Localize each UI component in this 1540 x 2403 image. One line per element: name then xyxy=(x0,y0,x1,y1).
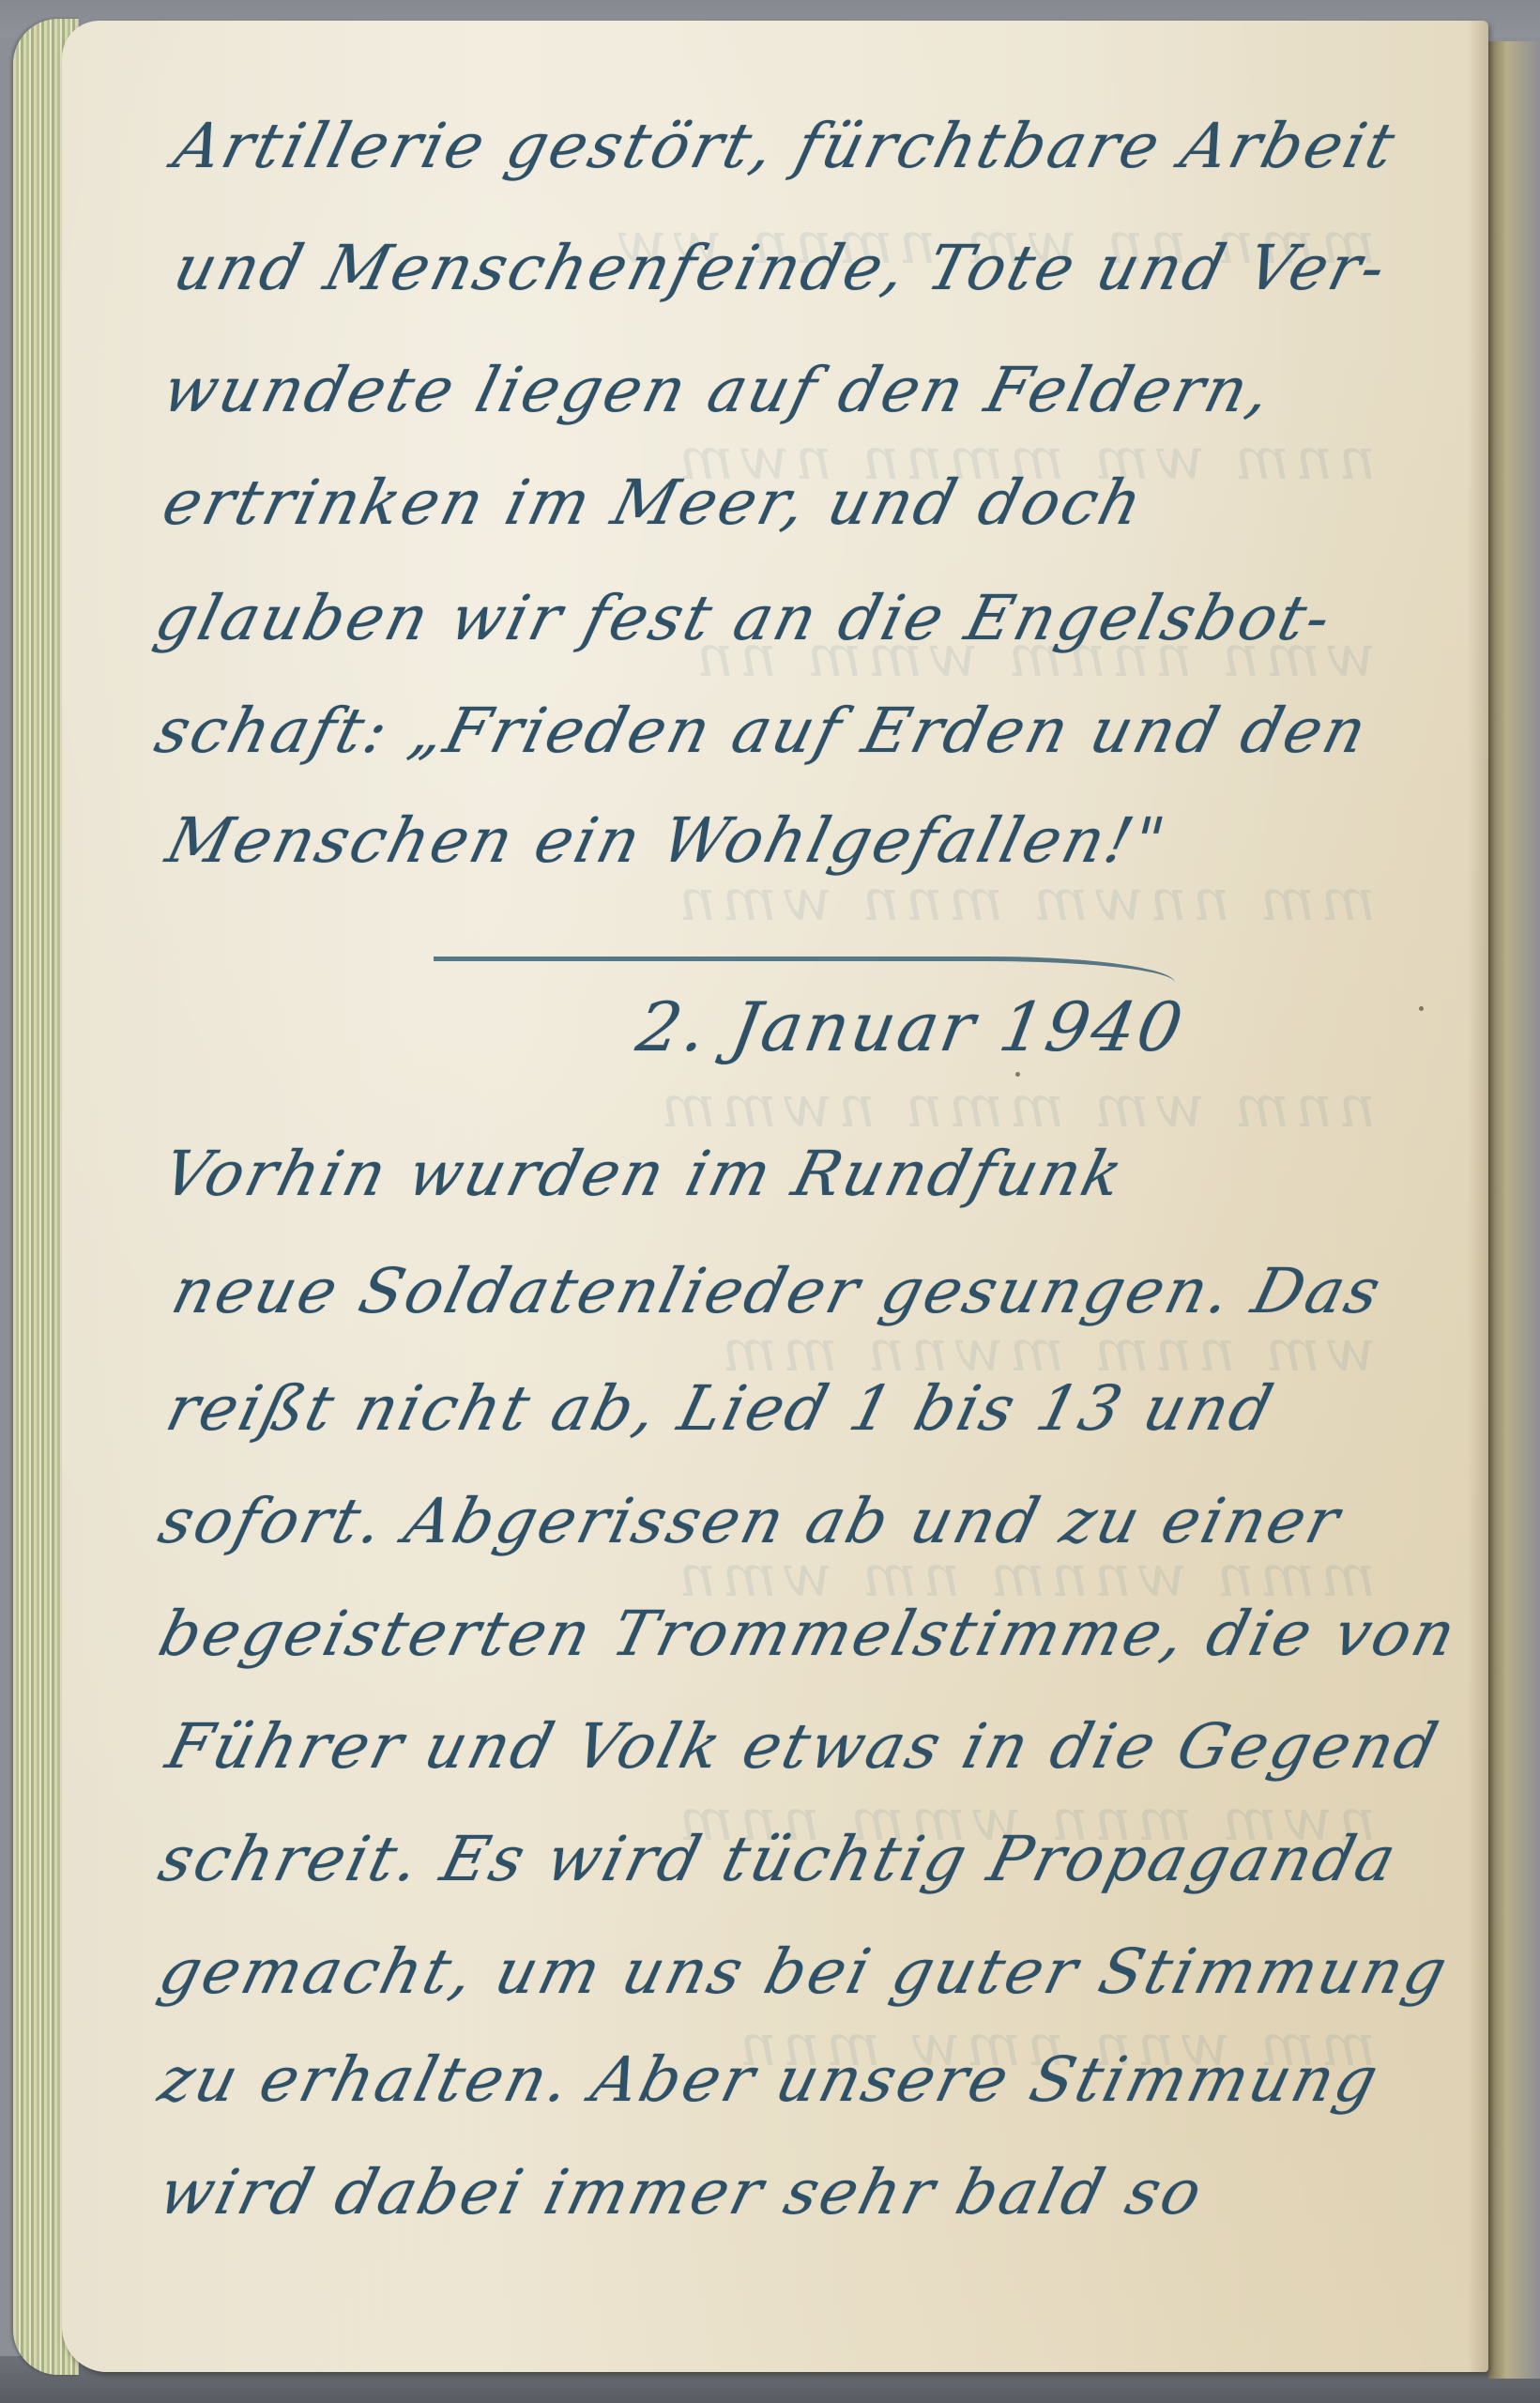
handwritten-line: Vorhin wurden im Rundfunk xyxy=(156,1138,1133,1210)
handwritten-line: begeisterten Trommelstimme, die von xyxy=(152,1598,1465,1670)
handwritten-line: wird dabei immer sehr bald so xyxy=(152,2156,1212,2228)
handwritten-line: Führer und Volk etwas in die Gegend xyxy=(160,1710,1447,1783)
handwritten-line: reißt nicht ab, Lied 1 bis 13 und xyxy=(160,1372,1282,1445)
binding-shadow xyxy=(1468,21,1488,2372)
handwritten-line: glauben wir fest an die Engelsbot- xyxy=(148,582,1340,654)
facing-page-edge xyxy=(1488,41,1540,2379)
handwritten-line: neue Soldatenlieder gesungen. Das xyxy=(165,1255,1390,1327)
handwritten-line: schreit. Es wird tüchtig Propaganda xyxy=(152,1823,1406,1895)
handwritten-line: Menschen ein Wohlgefallen!" xyxy=(160,804,1174,877)
handwritten-line: zu erhalten. Aber unsere Stimmung xyxy=(152,2043,1387,2116)
handwritten-line: und Menschenfeinde, Tote und Ver- xyxy=(167,232,1395,304)
handwritten-line: gemacht, um uns bei guter Stimmung xyxy=(152,1936,1456,2008)
handwritten-line: wundete liegen auf den Feldern, xyxy=(156,354,1280,426)
paper-speck xyxy=(1419,1006,1424,1011)
handwritten-line: Artillerie gestört, fürchtbare Arbeit xyxy=(167,110,1404,182)
entry-date-heading: 2. Januar 1940 xyxy=(632,987,1191,1066)
handwritten-line: ertrinken im Meer, und doch xyxy=(156,467,1151,539)
paper-speck xyxy=(1015,1072,1020,1077)
entry-divider xyxy=(434,957,1175,987)
handwritten-line: schaft: „Frieden auf Erden und den xyxy=(148,695,1376,767)
handwritten-line: sofort. Abgerissen ab und zu einer xyxy=(152,1485,1349,1557)
notebook-page: mmn nn wm nmnn ww nnm wm mmnn nwm wmn nn… xyxy=(62,21,1488,2372)
